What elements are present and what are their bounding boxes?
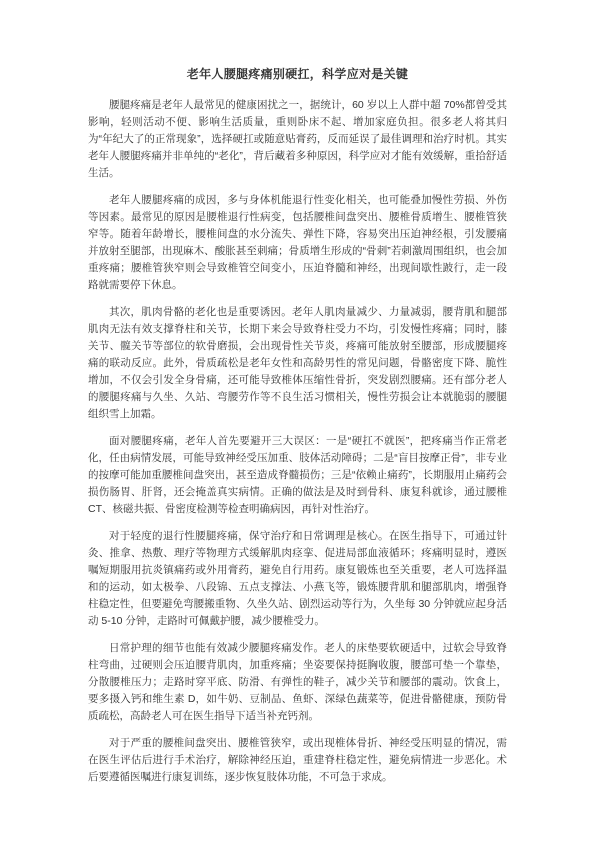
paragraph-intro: 腰腿疼痛是老年人最常见的健康困扰之一，据统计，60 岁以上人群中超 70%都曾受… [88, 97, 507, 182]
paragraph-misconceptions: 面对腰腿疼痛，老年人首先要避开三大误区：一是“硬扛不就医”，把疼痛当作正常老化，… [88, 433, 507, 518]
paragraph-daily-care: 日常护理的细节也能有效减少腰腿疼痛发作。老人的床垫要软硬适中，过软会导致脊柱弯曲… [88, 640, 507, 725]
paragraph-surgery: 对于严重的腰椎间盘突出、腰椎管狭窄，或出现椎体骨折、神经受压明显的情况，需在医生… [88, 735, 507, 786]
document-title: 老年人腰腿疼痛别硬扛，科学应对是关键 [88, 64, 507, 84]
paragraph-conservative-treatment: 对于轻度的退行性腰腿疼痛，保守治疗和日常调理是核心。在医生指导下，可通过针灸、推… [88, 528, 507, 630]
paragraph-causes-degeneration: 老年人腰腿疼痛的成因，多与身体机能退行性变化相关，也可能叠加慢性劳损、外伤等因素… [88, 192, 507, 294]
document-page: 老年人腰腿疼痛别硬扛，科学应对是关键 腰腿疼痛是老年人最常见的健康困扰之一，据统… [0, 0, 595, 841]
paragraph-causes-muscle-bone: 其次，肌肉骨骼的老化也是重要诱因。老年人肌肉量减少、力量减弱，腰背肌和腿部肌肉无… [88, 304, 507, 423]
